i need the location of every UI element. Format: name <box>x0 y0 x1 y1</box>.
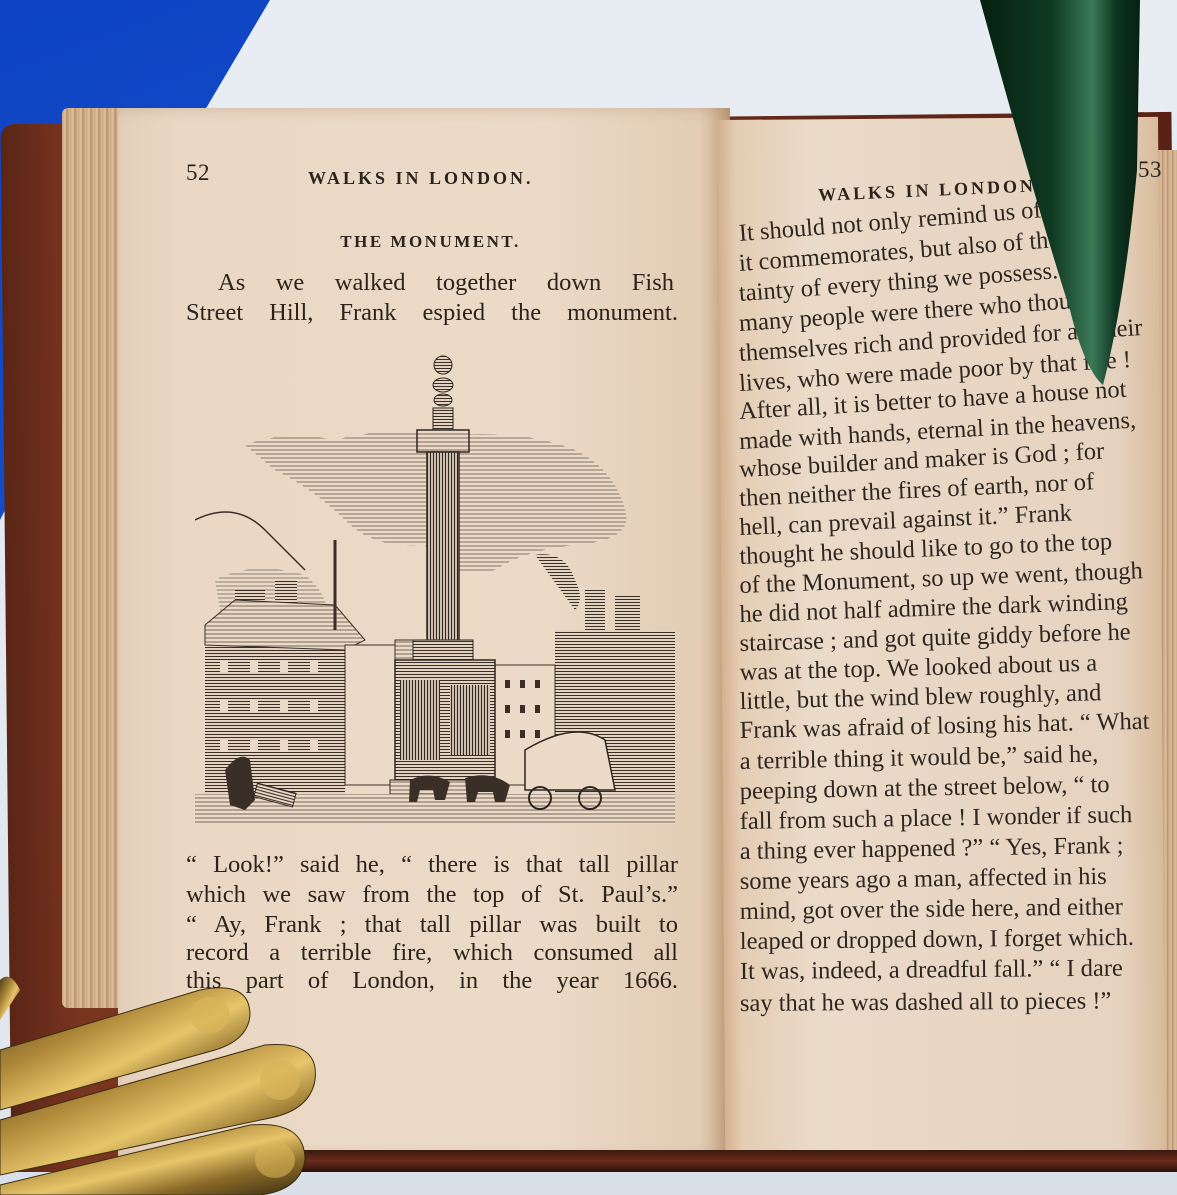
body-line: some years ago a man, affected in his <box>740 863 1107 896</box>
body-line: “ Ay, Frank ; that tall pillar was built… <box>186 910 678 940</box>
left-page-edges <box>62 108 122 1008</box>
body-line: which we saw from the top of St. Paul’s.… <box>186 880 678 910</box>
book-bottom-edge <box>300 1150 1177 1172</box>
body-line: leaped or dropped down, I forget which. <box>740 924 1134 956</box>
monument-engraving <box>195 340 675 830</box>
body-line: mind, got over the side here, and either <box>740 893 1123 926</box>
chapter-title: THE MONUMENT. <box>188 232 673 252</box>
left-running-head: WALKS IN LONDON. <box>308 168 534 189</box>
intro-line: As we walked together down Fish <box>218 268 674 298</box>
body-line: say that he was dashed all to pieces !” <box>740 987 1112 1018</box>
left-page-number: 52 <box>186 160 210 186</box>
body-line: “ Look!” said he, “ there is that tall p… <box>186 850 678 880</box>
intro-line: Street Hill, Frank espied the monument. <box>186 298 678 328</box>
green-leaf-bookmark <box>975 0 1145 390</box>
brass-hand-weight <box>0 960 330 1195</box>
body-line: It was, indeed, a dreadful fall.” “ I da… <box>740 955 1123 986</box>
